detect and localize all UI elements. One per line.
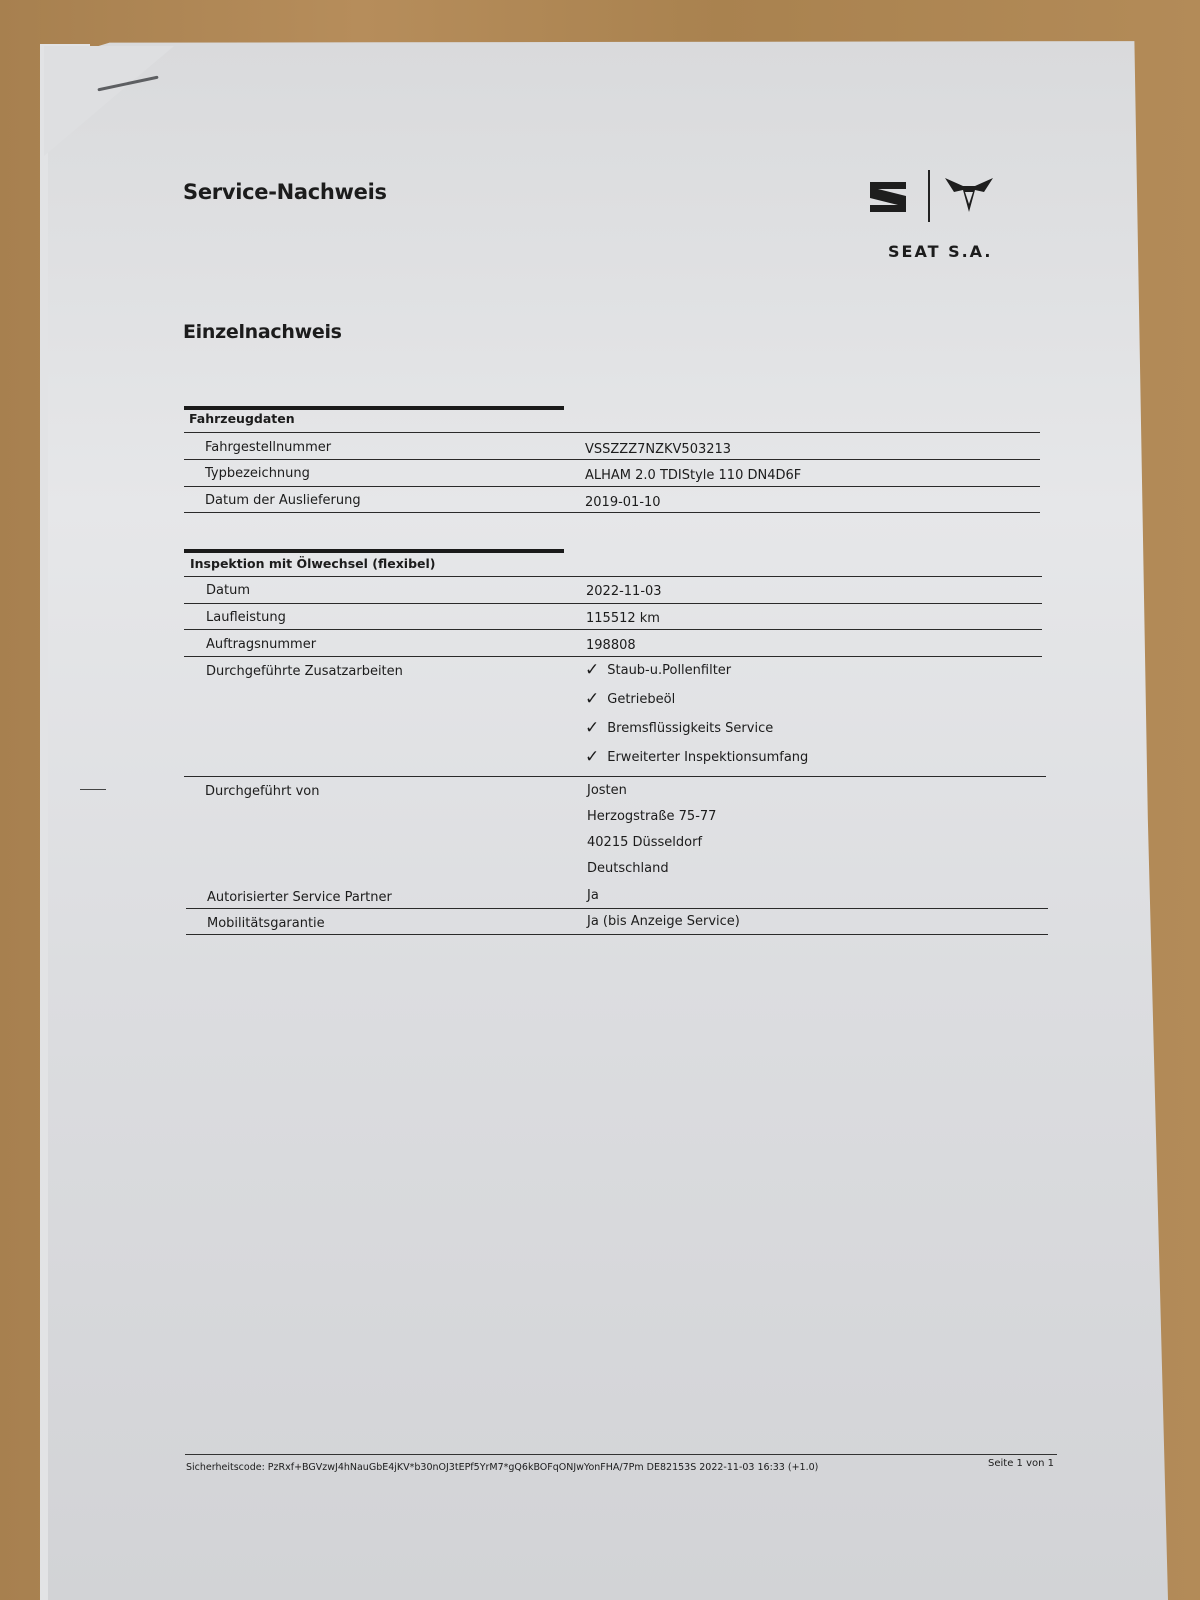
extra-work-item: ✓ Bremsflüssigkeits Service: [585, 720, 773, 737]
date-label: Datum: [206, 583, 250, 598]
document-title: Service-Nachweis: [183, 180, 387, 204]
vehicle-section-title: Fahrzeugdaten: [189, 411, 295, 426]
footer-divider: [185, 1454, 1057, 1455]
inspection-section-title: Inspektion mit Ölwechsel (flexibel): [190, 556, 436, 571]
order-number-label: Auftragsnummer: [206, 637, 316, 652]
workshop-city: 40215 Düsseldorf: [587, 835, 702, 850]
checkmark-icon: ✓: [585, 691, 599, 708]
extra-work-item: ✓ Getriebeöl: [585, 691, 675, 708]
delivery-date-value: 2019-01-10: [585, 495, 661, 510]
extra-work-item: ✓ Staub-u.Pollenfilter: [585, 662, 731, 679]
checkmark-icon: ✓: [585, 662, 599, 679]
section-heading: Einzelnachweis: [183, 321, 342, 343]
seat-s-logo-icon: [868, 180, 908, 214]
mobility-guarantee-value: Ja (bis Anzeige Service): [587, 914, 740, 929]
extra-work-text: Staub-u.Pollenfilter: [607, 663, 731, 678]
performed-by-label: Durchgeführt von: [205, 784, 319, 799]
date-value: 2022-11-03: [586, 584, 662, 599]
divider: [184, 656, 1042, 657]
checkmark-icon: ✓: [585, 749, 599, 766]
cupra-logo-icon: [944, 176, 994, 214]
divider: [186, 908, 1048, 909]
divider: [184, 459, 1040, 460]
security-code: Sicherheitscode: PzRxf+BGVzwJ4hNauGbE4jK…: [186, 1462, 818, 1473]
divider: [184, 486, 1040, 487]
workshop-country: Deutschland: [587, 861, 669, 876]
logo-divider: [928, 170, 930, 222]
extra-work-item: ✓ Erweiterter Inspektionsumfang: [585, 749, 808, 766]
divider: [184, 432, 1040, 433]
workshop-name: Josten: [587, 783, 627, 798]
authorized-partner-label: Autorisierter Service Partner: [207, 890, 392, 905]
order-number-value: 198808: [586, 638, 636, 653]
divider: [184, 512, 1040, 513]
vin-value: VSSZZZ7NZKV503213: [585, 442, 731, 457]
mobility-guarantee-label: Mobilitätsgarantie: [207, 916, 325, 931]
mileage-label: Laufleistung: [206, 610, 286, 625]
divider: [184, 576, 1042, 577]
delivery-date-label: Datum der Auslieferung: [205, 493, 361, 508]
extra-work-label: Durchgeführte Zusatzarbeiten: [206, 664, 403, 679]
type-label: Typbezeichnung: [205, 466, 310, 481]
authorized-partner-value: Ja: [587, 888, 599, 903]
page-number: Seite 1 von 1: [988, 1458, 1054, 1469]
divider: [184, 603, 1042, 604]
section-bar: [184, 406, 564, 410]
type-value: ALHAM 2.0 TDIStyle 110 DN4D6F: [585, 468, 801, 483]
extra-work-text: Erweiterter Inspektionsumfang: [607, 750, 808, 765]
workshop-street: Herzogstraße 75-77: [587, 809, 716, 824]
section-bar: [184, 549, 564, 553]
extra-work-text: Getriebeöl: [607, 692, 675, 707]
divider: [184, 629, 1042, 630]
brand-name: SEAT S.A.: [888, 242, 992, 261]
brand-logo: SEAT S.A.: [860, 168, 1010, 268]
vin-label: Fahrgestellnummer: [205, 440, 331, 455]
fold-mark: [80, 789, 106, 790]
mileage-value: 115512 km: [586, 611, 660, 626]
divider: [186, 934, 1048, 935]
extra-work-text: Bremsflüssigkeits Service: [607, 721, 773, 736]
checkmark-icon: ✓: [585, 720, 599, 737]
divider: [184, 776, 1046, 777]
